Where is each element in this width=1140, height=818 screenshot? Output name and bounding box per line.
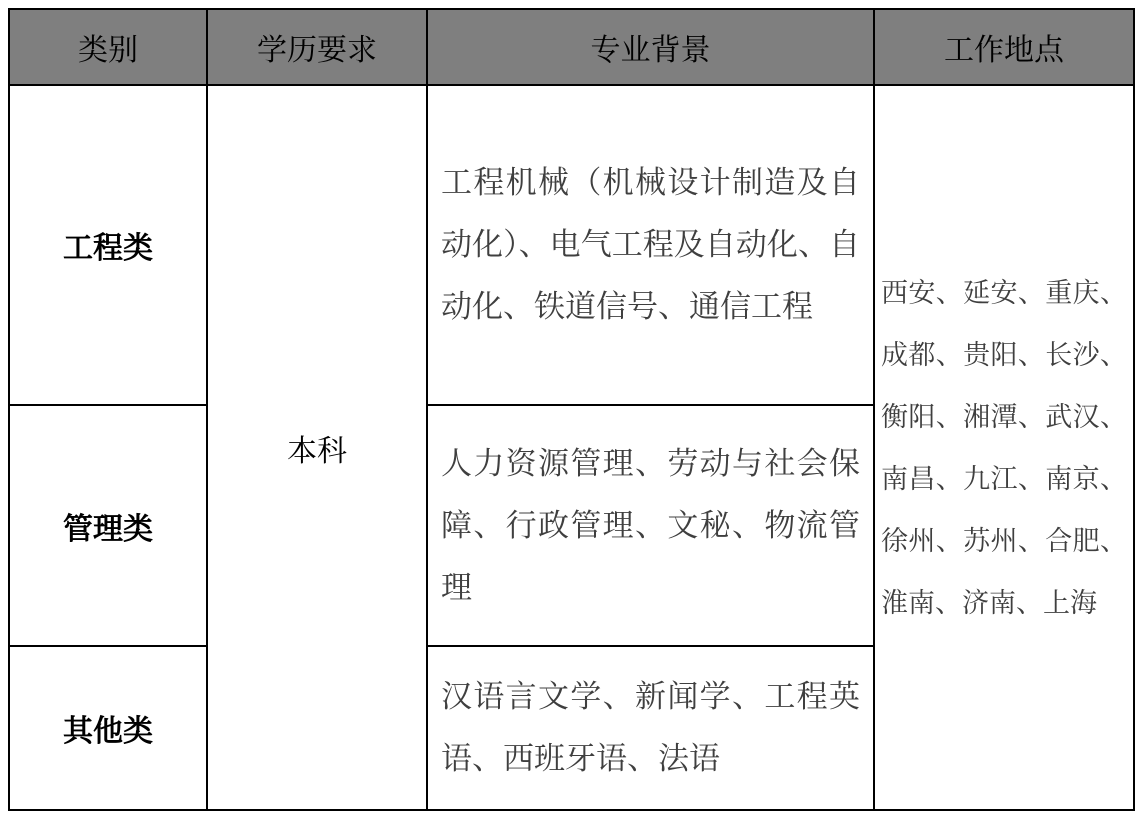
header-cell-education: 学历要求 [207,9,427,85]
majors-cell-engineering: 工程机械（机械设计制造及自动化）、电气工程及自动化、自动化、铁道信号、通信工程 [427,85,874,405]
header-cell-majors: 专业背景 [427,9,874,85]
document-page: 类别 学历要求 专业背景 工作地点 工程类 本科 工程机械（机械设计制造及自动化… [0,0,1140,818]
header-row: 类别 学历要求 专业背景 工作地点 [9,9,1134,85]
recruitment-table: 类别 学历要求 专业背景 工作地点 工程类 本科 工程机械（机械设计制造及自动化… [8,8,1135,811]
header-cell-location: 工作地点 [874,9,1134,85]
table-row: 工程类 本科 工程机械（机械设计制造及自动化）、电气工程及自动化、自动化、铁道信… [9,85,1134,405]
category-cell-other: 其他类 [9,646,207,810]
majors-cell-management: 人力资源管理、劳动与社会保障、行政管理、文秘、物流管理 [427,405,874,646]
location-cell: 西安、延安、重庆、成都、贵阳、长沙、衡阳、湘潭、武汉、南昌、九江、南京、徐州、苏… [874,85,1134,810]
category-cell-engineering: 工程类 [9,85,207,405]
header-cell-category: 类别 [9,9,207,85]
category-cell-management: 管理类 [9,405,207,646]
majors-cell-other: 汉语言文学、新闻学、工程英语、西班牙语、法语 [427,646,874,810]
education-cell: 本科 [207,85,427,810]
